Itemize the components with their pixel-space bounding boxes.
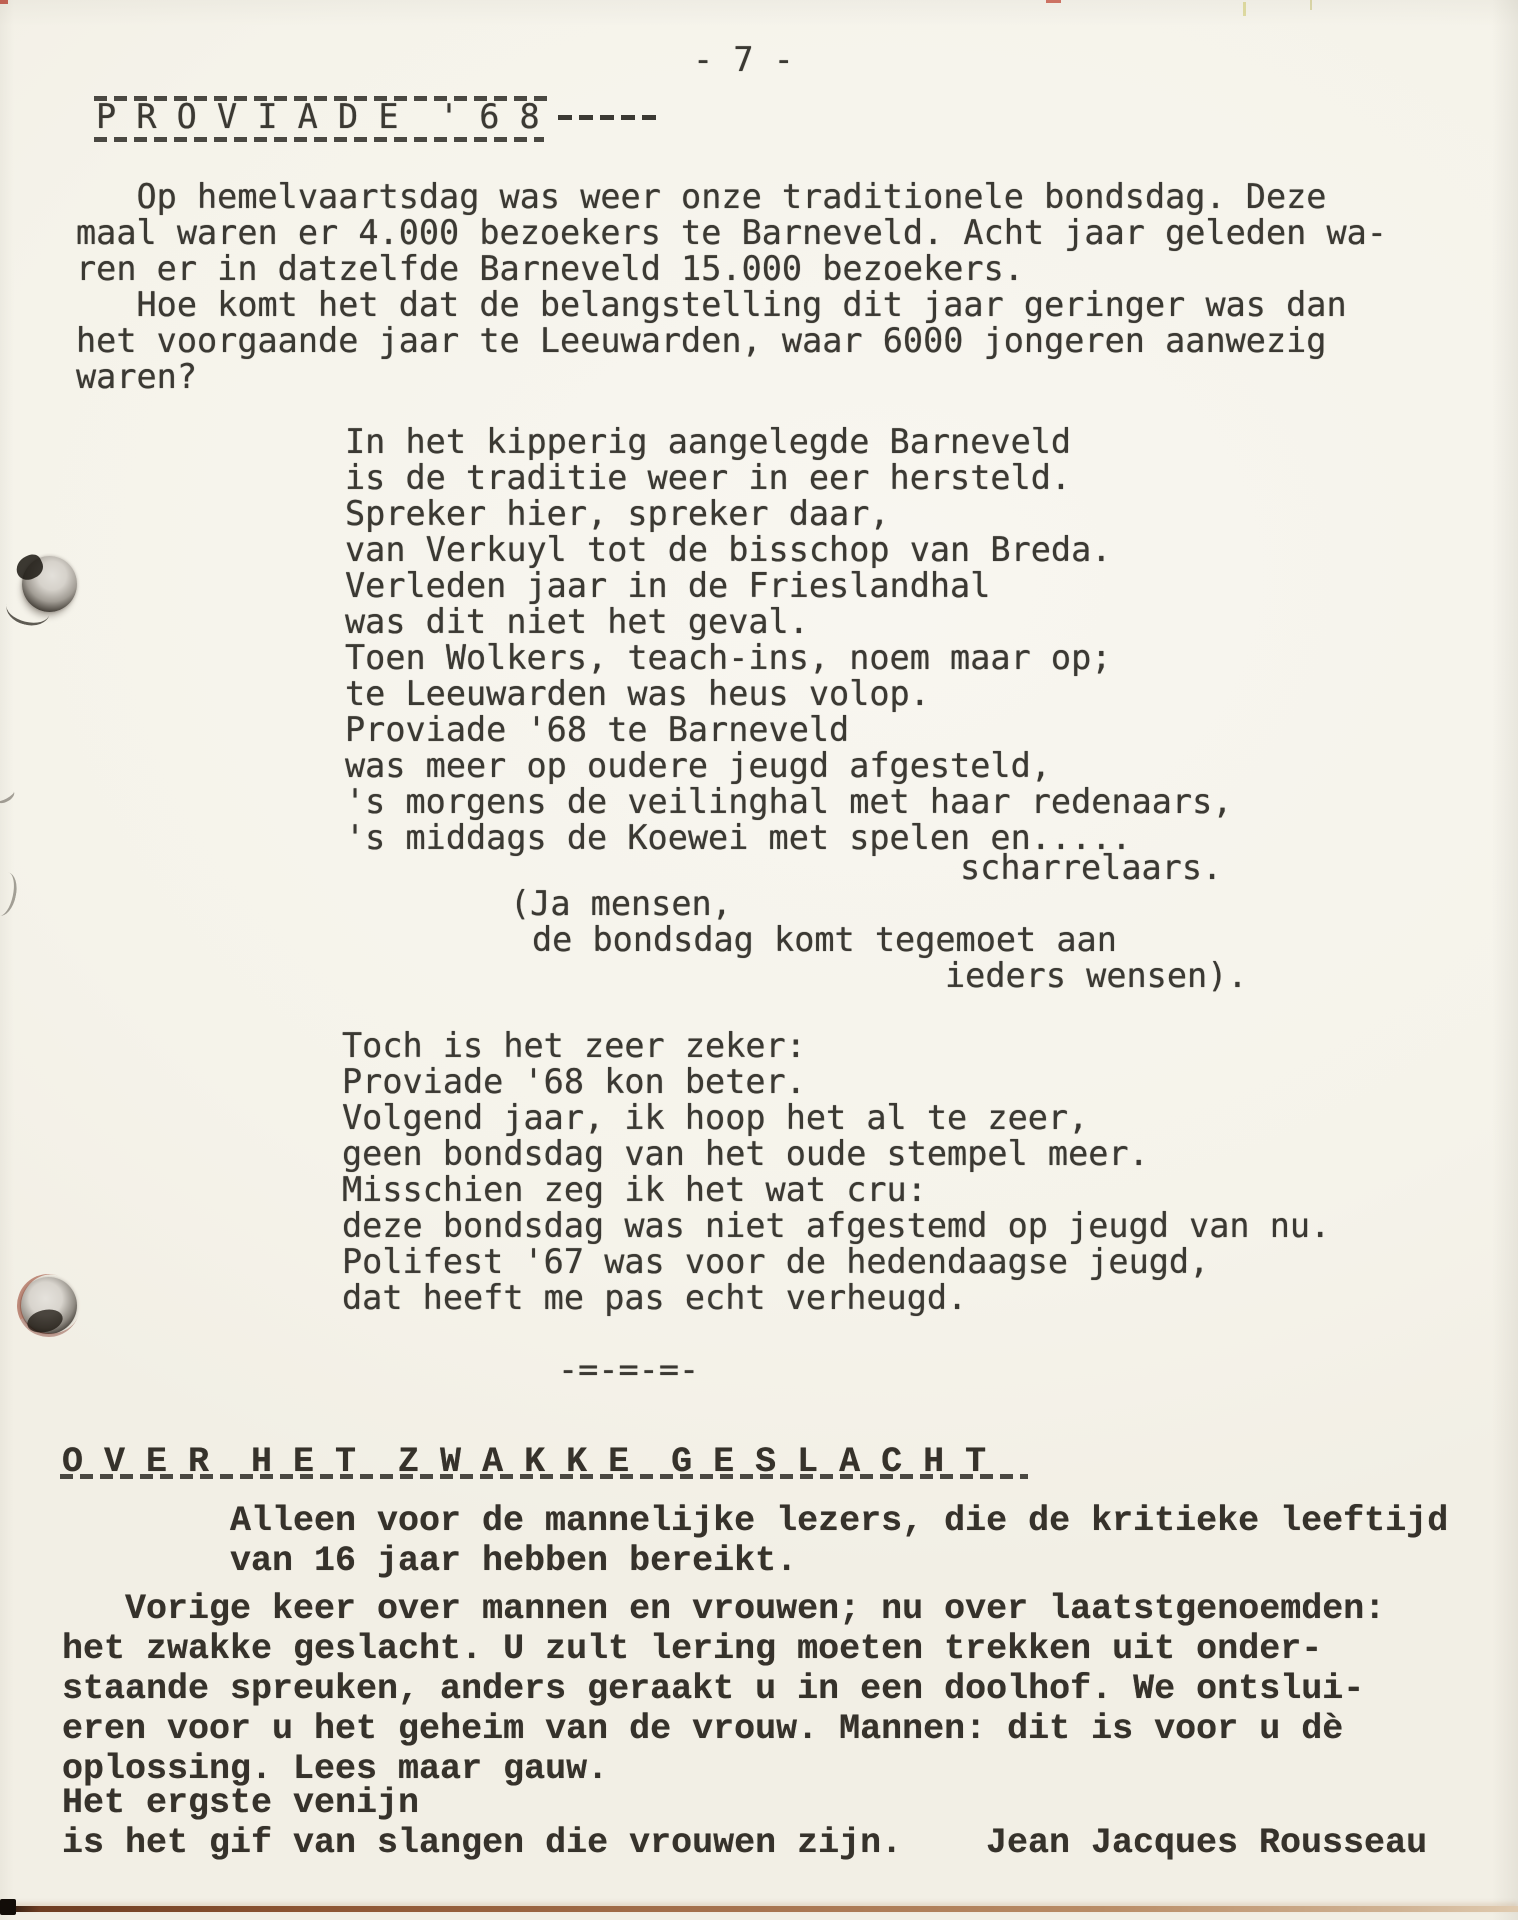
poem-line: geen bondsdag van het oude stempel meer. [342,1136,1330,1172]
poem-line: Proviade '68 te Barneveld [345,712,1232,748]
poem-line: Toch is het zeer zeker: [342,1028,1330,1064]
poem-line: dat heeft me pas echt verheugd. [342,1280,1330,1316]
scan-speck-yellow-2 [1310,0,1312,10]
heading1-underline [94,137,544,142]
paragraph-line: Op hemelvaartsdag was weer onze traditio… [76,179,1387,215]
poem-line: was meer op oudere jeugd afgesteld, [345,748,1232,784]
quote-line: Het ergste venijn [62,1783,902,1823]
poem-line: was dit niet het geval. [345,604,1111,640]
poem-paren-line-3: ieders wensen). [945,958,1248,994]
poem-line: Proviade '68 kon beter. [342,1064,1330,1100]
intro-line: Alleen voor de mannelijke lezers, die de… [230,1501,1448,1541]
poem-line: is de traditie weer in eer hersteld. [345,460,1111,496]
section1-heading-text: P R O V I A D E ' 6 8 [96,97,540,136]
scan-mark-left-lower [0,870,20,918]
scan-mark-left-upper [0,786,17,806]
paragraph-line: het voorgaande jaar te Leeuwarden, waar … [76,323,1387,359]
quote-attribution: Jean Jacques Rousseau [986,1823,1427,1863]
paragraph-line: eren voor u het geheim van de vrouw. Man… [62,1709,1385,1749]
scanned-document-page: { "colors":{"ink1":"#3b3933","ink2":"#36… [0,0,1518,1920]
scan-edge-line [0,1906,1518,1912]
poem-line: Misschien zeg ik het wat cru: [342,1172,1330,1208]
section1-paragraphs: Op hemelvaartsdag was weer onze traditio… [76,179,1387,395]
poem-line: 's morgens de veilinghal met haar redena… [345,784,1232,820]
paragraph-line: maal waren er 4.000 bezoekers te Barneve… [76,215,1387,251]
poem-stanza3: Toch is het zeer zeker:Proviade '68 kon … [342,1028,1330,1316]
paragraph-line: Hoe komt het dat de belangstelling dit j… [76,287,1387,323]
quote-line: is het gif van slangen die vrouwen zijn. [62,1823,902,1863]
page-number: - 7 - [693,42,794,78]
paragraph-line: waren? [76,359,1387,395]
poem-line: Toen Wolkers, teach-ins, noem maar op; [345,640,1111,676]
paragraph-line: Vorige keer over mannen en vrouwen; nu o… [62,1589,1385,1629]
poem-paren-line-1: (Ja mensen, [510,886,732,922]
punch-hole-bottom [20,1277,77,1334]
section2-intro: Alleen voor de mannelijke lezers, die de… [230,1501,1448,1581]
paragraph-line: het zwakke geslacht. U zult lering moete… [62,1629,1385,1669]
poem-paren-line-2: de bondsdag komt tegemoet aan [532,922,1117,958]
section-divider: -=-=-=- [558,1352,699,1388]
paragraph-line: staande spreuken, anders geraakt u in ee… [62,1669,1385,1709]
section2-paragraph: Vorige keer over mannen en vrouwen; nu o… [62,1589,1385,1789]
heading2-underline [60,1474,1028,1479]
scan-speck-red-corner [0,0,8,4]
poem-line: Spreker hier, spreker daar, [345,496,1111,532]
intro-line: van 16 jaar hebben bereikt. [230,1541,1448,1581]
poem-line: Verleden jaar in de Frieslandhal [345,568,1111,604]
poem-line: te Leeuwarden was heus volop. [345,676,1111,712]
poem-line: Polifest '67 was voor de hedendaagse jeu… [342,1244,1330,1280]
poem-hanging-word: scharrelaars. [960,850,1222,886]
poem-line: In het kipperig aangelegde Barneveld [345,424,1111,460]
poem-stanza1: In het kipperig aangelegde Barneveldis d… [345,424,1111,712]
punch-hole-top [22,556,77,612]
heading1-trailing-dashes [558,115,660,120]
poem-line: deze bondsdag was niet afgestemd op jeug… [342,1208,1330,1244]
scan-edge-blob [0,1899,16,1915]
poem-stanza2: Proviade '68 te Barneveldwas meer op oud… [345,712,1232,856]
scan-speck-red-top [1046,0,1061,3]
section1-heading: P R O V I A D E ' 6 8 [96,99,660,135]
section2-quote: Het ergste venijnis het gif van slangen … [62,1783,902,1863]
poem-line: van Verkuyl tot de bisschop van Breda. [345,532,1111,568]
paragraph-line: ren er in datzelfde Barneveld 15.000 bez… [76,251,1387,287]
scan-speck-yellow-1 [1243,2,1246,16]
poem-line: Volgend jaar, ik hoop het al te zeer, [342,1100,1330,1136]
